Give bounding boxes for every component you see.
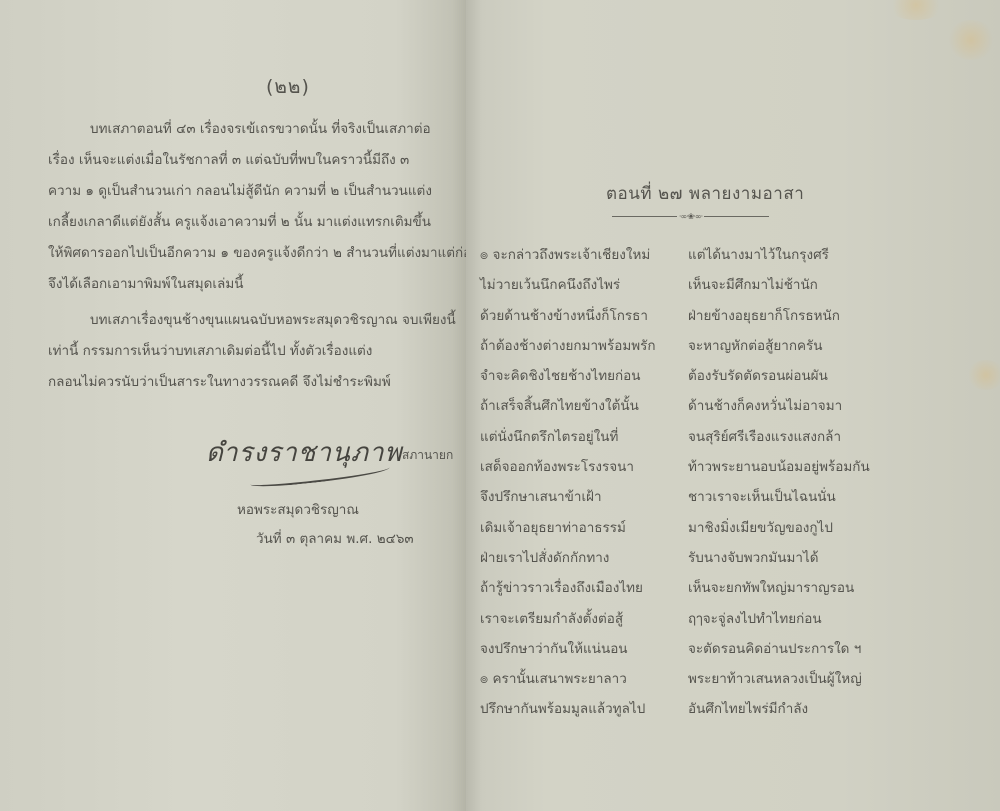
text-line: เกลี้ยงเกลาดีแต่ยังสั้น ครูแจ้งเอาความที… [48,207,466,238]
verse-line: ฤๅจะจู่ลงไปทำไทยก่อน [688,604,870,634]
text-line: ความ ๑ ดูเป็นสำนวนเก่า กลอนไม่สู้ดีนัก ค… [48,176,466,207]
text-line: กลอนไม่ควรนับว่าเป็นสาระในทางวรรณคดี จึง… [48,367,466,398]
verse-line: ด้วยด้านช้างข้างหนึ่งก็โกรธา [480,301,656,331]
verse-line: เราจะเตรียมกำลังตั้งต่อสู้ [480,604,656,634]
text-line: เท่านี้ กรรมการเห็นว่าบทเสภาเดิมต่อนี้ไป… [48,336,466,367]
divider-rule [612,216,677,217]
right-page: ตอนที่ ๒๗ พลายงามอาสา ·∞·❀·∞· ๏ จะกล่าวถ… [466,0,1000,811]
verse-line: ด้านช้างก็คงหวั่นไม่อาจมา [688,391,870,421]
verse-line: เห็นจะยกทัพใหญ่มาราญรอน [688,573,870,603]
text-line: จึงได้เลือกเอามาพิมพ์ในสมุดเล่มนี้ [48,269,466,300]
verse-line: เห็นจะมีศึกมาไม่ช้านัก [688,270,870,300]
verse-line: อันศึกไทยไพร่มีกำลัง [688,694,870,724]
text-line: ให้พิศดารออกไปเป็นอีกความ ๑ ของครูแจ้งดี… [48,238,466,269]
ornamental-divider: ·∞·❀·∞· [612,212,769,220]
paper-stain [946,20,996,60]
verse-line: ชาวเราจะเห็นเป็นไฉนนั่น [688,482,870,512]
verse-line: ต้องรับรัดตัดรอนผ่อนผัน [688,361,870,391]
library-name: หอพระสมุดวชิรญาณ [237,498,359,520]
verse-line: ปรึกษากันพร้อมมูลแล้วทูลไป [480,694,656,724]
poem-column-second-hemistich: แต่ได้นางมาไว้ในกรุงศรี เห็นจะมีศึกมาไม่… [688,240,870,725]
preface-paragraph-1: บทเสภาตอนที่ ๔๓ เรื่องจรเข้เถรขวาดนั้น ท… [48,114,466,300]
verse-line: รับนางจับพวกมันมาได้ [688,543,870,573]
verse-line: จนสุริย์ศรีเรืองแรงแสงกล้า [688,422,870,452]
page-number: (๒๒) [266,72,310,102]
verse-line: ฝ่ายเราไปสั่งดักกักทาง [480,543,656,573]
verse-line: ไม่วายเว้นนึกคนึงถึงไพร่ [480,270,656,300]
verse-line: แต่นั่งนึกตรึกไตรอยู่ในที่ [480,422,656,452]
text-line: บทเสภาเรื่องขุนช้างขุนแผนฉบับหอพระสมุดวช… [48,305,466,336]
verse-line: จะตัดรอนคิดอ่านประการใด ฯ [688,634,870,664]
paper-stain [886,0,946,20]
verse-line: จะหาญหักต่อสู้ยากครัน [688,331,870,361]
verse-line: ถ้าเสร็จสิ้นศึกไทยข้างใต้นั้น [480,391,656,421]
text-line: เรื่อง เห็นจะแต่งเมื่อในรัชกาลที่ ๓ แต่ฉ… [48,145,466,176]
preface-paragraph-2: บทเสภาเรื่องขุนช้างขุนแผนฉบับหอพระสมุดวช… [48,305,466,398]
verse-line: ถ้าต้องช้างต่างยกมาพร้อมพรัก [480,331,656,361]
verse-line: เสด็จออกท้องพระโรงรจนา [480,452,656,482]
poem-column-first-hemistich: ๏ จะกล่าวถึงพระเจ้าเชียงใหม่ ไม่วายเว้นน… [480,240,656,725]
verse-line: มาชิงมิ่งเมียขวัญของกูไป [688,513,870,543]
verse-line: ๏ จะกล่าวถึงพระเจ้าเชียงใหม่ [480,240,656,270]
divider-ornament-icon: ·∞·❀·∞· [677,212,704,221]
chapter-title: ตอนที่ ๒๗ พลายงามอาสา [606,180,804,207]
verse-line: พระยาท้าวเสนหลวงเป็นผู้ใหญ่ [688,664,870,694]
verse-line: ท้าวพระยานอบน้อมอยู่พร้อมกัน [688,452,870,482]
text-line: บทเสภาตอนที่ ๔๓ เรื่องจรเข้เถรขวาดนั้น ท… [48,114,466,145]
left-page: (๒๒) บทเสภาตอนที่ ๔๓ เรื่องจรเข้เถรขวาดน… [0,0,466,811]
verse-line: จงปรึกษาว่ากันให้แน่นอน [480,634,656,664]
divider-rule [704,216,769,217]
verse-line: จำจะคิดชิงไชยช้างไทยก่อน [480,361,656,391]
verse-line: จึงปรึกษาเสนาข้าเฝ้า [480,482,656,512]
verse-line: แต่ได้นางมาไว้ในกรุงศรี [688,240,870,270]
signature-date: วันที่ ๓ ตุลาคม พ.ศ. ๒๔๖๓ [256,527,414,549]
signature-title: สภานายก [402,446,453,465]
verse-line: ฝ่ายข้างอยุธยาก็โกรธหนัก [688,301,870,331]
paper-stain [966,360,1000,390]
verse-line: ถ้ารู้ข่าวราวเรื่องถึงเมืองไทย [480,573,656,603]
verse-line: ๏ ครานั้นเสนาพระยาลาว [480,664,656,694]
book-spread: (๒๒) บทเสภาตอนที่ ๔๓ เรื่องจรเข้เถรขวาดน… [0,0,1000,811]
verse-line: เดิมเจ้าอยุธยาท่าอาธรรม์ [480,513,656,543]
